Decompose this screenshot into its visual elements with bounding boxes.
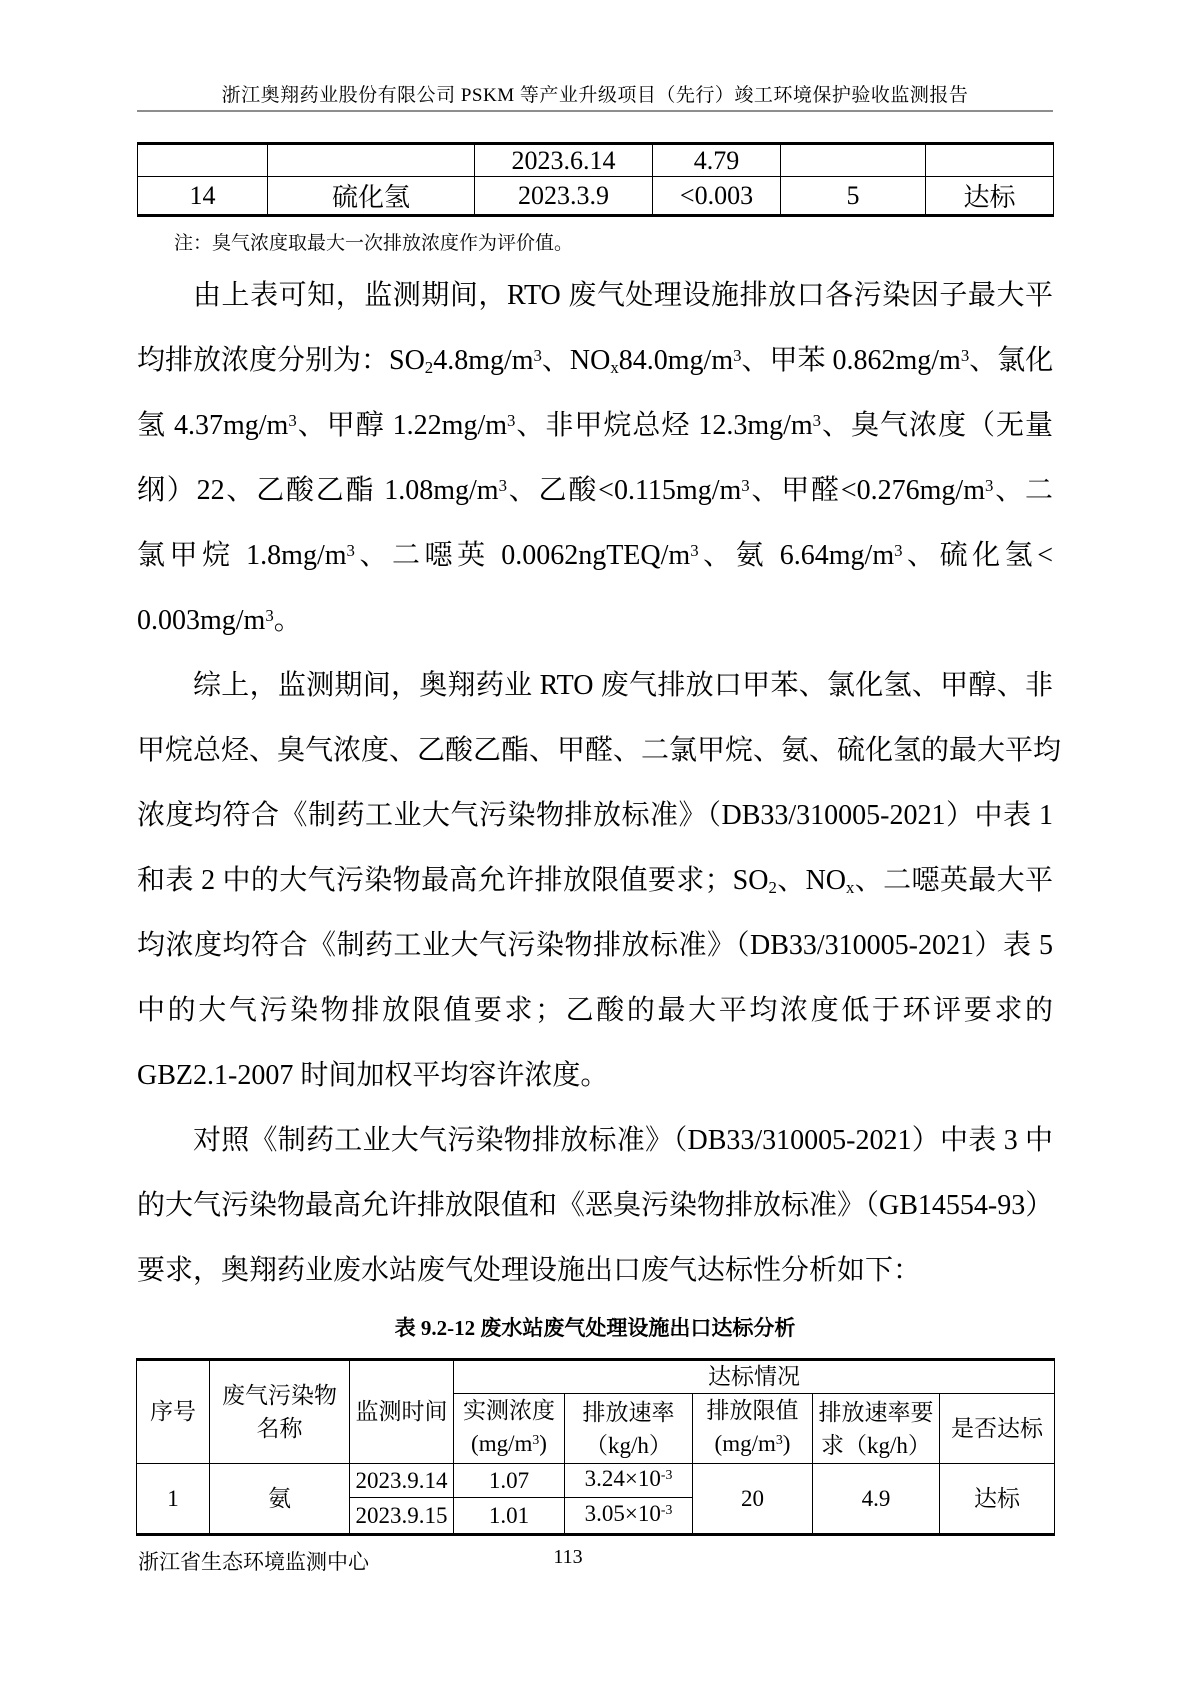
header-pass: 是否达标: [940, 1394, 1055, 1464]
cell-value: 4.79: [653, 144, 781, 177]
footer-page-number: 113: [0, 1546, 1136, 1569]
table-caption: 表 9.2-12 废水站废气处理设施出口达标分析: [137, 1312, 1053, 1342]
cell-conc: 1.07: [454, 1464, 565, 1498]
header-limit: 排放限值 (mg/m3): [693, 1394, 813, 1464]
page-header-rule: [137, 110, 1053, 112]
header-pollutant-line1: 废气污染物: [210, 1379, 349, 1412]
compliance-table: 序号 废气污染物 名称 监测时间 达标情况 实测浓度 (mg/m3) 排放速率 …: [136, 1358, 1055, 1536]
header-pollutant: 废气污染物 名称: [210, 1360, 350, 1464]
cell-limit: [781, 144, 926, 177]
body-line: 中的大气污染物排放限值要求；乙酸的最大平均浓度低于环评要求的: [137, 978, 1053, 1043]
header-limit-line1: 排放限值: [693, 1394, 812, 1427]
body-line: GBZ2.1-2007 时间加权平均容许浓度。: [137, 1043, 1053, 1108]
cell-conc: 1.01: [454, 1498, 565, 1535]
body-line: 均浓度均符合《制药工业大气污染物排放标准》（DB33/310005-2021）表…: [137, 913, 1053, 978]
header-rate-line2: （kg/h）: [565, 1429, 692, 1462]
body-line: 和表 2 中的大气污染物最高允许排放限值要求；SO2、NOx、二噁英最大平: [137, 848, 1053, 913]
table-row: 1 氨 2023.9.14 1.07 3.24×10-3 20 4.9 达标: [137, 1464, 1055, 1498]
cell-result: 达标: [940, 1464, 1055, 1535]
report-page: 浙江奥翔药业股份有限公司 PSKM 等产业升级项目（先行）竣工环境保护验收监测报…: [0, 0, 1190, 1683]
cell-pollutant: 硫化氢: [268, 177, 475, 216]
cell-date: 2023.9.14: [350, 1464, 454, 1498]
body-line: 综上，监测期间，奥翔药业 RTO 废气排放口甲苯、氯化氢、甲醇、非: [137, 653, 1053, 718]
header-time: 监测时间: [350, 1360, 454, 1464]
cell-date: 2023.9.15: [350, 1498, 454, 1535]
body-text: 由上表可知，监测期间，RTO 废气处理设施排放口各污染因子最大平 均排放浓度分别…: [137, 263, 1053, 1303]
body-line: 由上表可知，监测期间，RTO 废气处理设施排放口各污染因子最大平: [137, 263, 1053, 328]
cell-pollutant: [268, 144, 475, 177]
header-limit-line2: (mg/m3): [693, 1427, 812, 1463]
header-rate-line1: 排放速率: [565, 1396, 692, 1429]
body-line: 氯甲烷 1.8mg/m3、二噁英 0.0062ngTEQ/m3、氨 6.64mg…: [137, 523, 1053, 588]
header-compliance: 达标情况: [454, 1360, 1055, 1394]
cell-seq: [138, 144, 268, 177]
cell-value: <0.003: [653, 177, 781, 216]
body-line: 要求，奥翔药业废水站废气处理设施出口废气达标性分析如下：: [137, 1238, 1053, 1303]
cell-limit: 20: [693, 1464, 813, 1535]
body-line: 对照《制药工业大气污染物排放标准》（DB33/310005-2021）中表 3 …: [137, 1108, 1053, 1173]
header-rate: 排放速率 （kg/h）: [565, 1394, 693, 1464]
header-row: 序号 废气污染物 名称 监测时间 达标情况: [137, 1360, 1055, 1394]
cell-seq: 14: [138, 177, 268, 216]
cell-pollutant: 氨: [210, 1464, 350, 1535]
cell-seq: 1: [137, 1464, 210, 1535]
table-row: 2023.6.14 4.79: [138, 144, 1054, 177]
body-line: 甲烷总烃、臭气浓度、乙酸乙酯、甲醛、二氯甲烷、氨、硫化氢的最大平均: [137, 718, 1053, 783]
page-header-title: 浙江奥翔药业股份有限公司 PSKM 等产业升级项目（先行）竣工环境保护验收监测报…: [0, 80, 1190, 107]
table-row: 14 硫化氢 2023.3.9 <0.003 5 达标: [138, 177, 1054, 216]
cell-result: [926, 144, 1054, 177]
cell-rate: 3.05×10-3: [565, 1498, 693, 1535]
cell-limit: 5: [781, 177, 926, 216]
header-measured-line1: 实测浓度: [454, 1394, 564, 1427]
header-measured-line2: (mg/m3): [454, 1427, 564, 1463]
header-rate-req-line1: 排放速率要: [813, 1396, 939, 1429]
body-line: 浓度均符合《制药工业大气污染物排放标准》（DB33/310005-2021）中表…: [137, 783, 1053, 848]
cell-rate-req: 4.9: [813, 1464, 940, 1535]
body-line: 0.003mg/m3。: [137, 588, 1053, 653]
header-rate-req-line2: 求（kg/h）: [813, 1429, 939, 1462]
continuation-table: 2023.6.14 4.79 14 硫化氢 2023.3.9 <0.003 5 …: [137, 142, 1054, 217]
body-line: 纲）22、乙酸乙酯 1.08mg/m3、乙酸<0.115mg/m3、甲醛<0.2…: [137, 458, 1053, 523]
header-pollutant-line2: 名称: [210, 1412, 349, 1445]
cell-rate: 3.24×10-3: [565, 1464, 693, 1498]
cell-result: 达标: [926, 177, 1054, 216]
cell-date: 2023.3.9: [475, 177, 653, 216]
header-seq: 序号: [137, 1360, 210, 1464]
body-line: 均排放浓度分别为：SO24.8mg/m3、NOx84.0mg/m3、甲苯 0.8…: [137, 328, 1053, 393]
header-rate-req: 排放速率要 求（kg/h）: [813, 1394, 940, 1464]
cell-date: 2023.6.14: [475, 144, 653, 177]
body-line: 的大气污染物最高允许排放限值和《恶臭污染物排放标准》（GB14554-93）: [137, 1173, 1053, 1238]
table-note: 注：臭气浓度取最大一次排放浓度作为评价值。: [174, 228, 573, 255]
header-measured: 实测浓度 (mg/m3): [454, 1394, 565, 1464]
body-line: 氢 4.37mg/m3、甲醇 1.22mg/m3、非甲烷总烃 12.3mg/m3…: [137, 393, 1053, 458]
